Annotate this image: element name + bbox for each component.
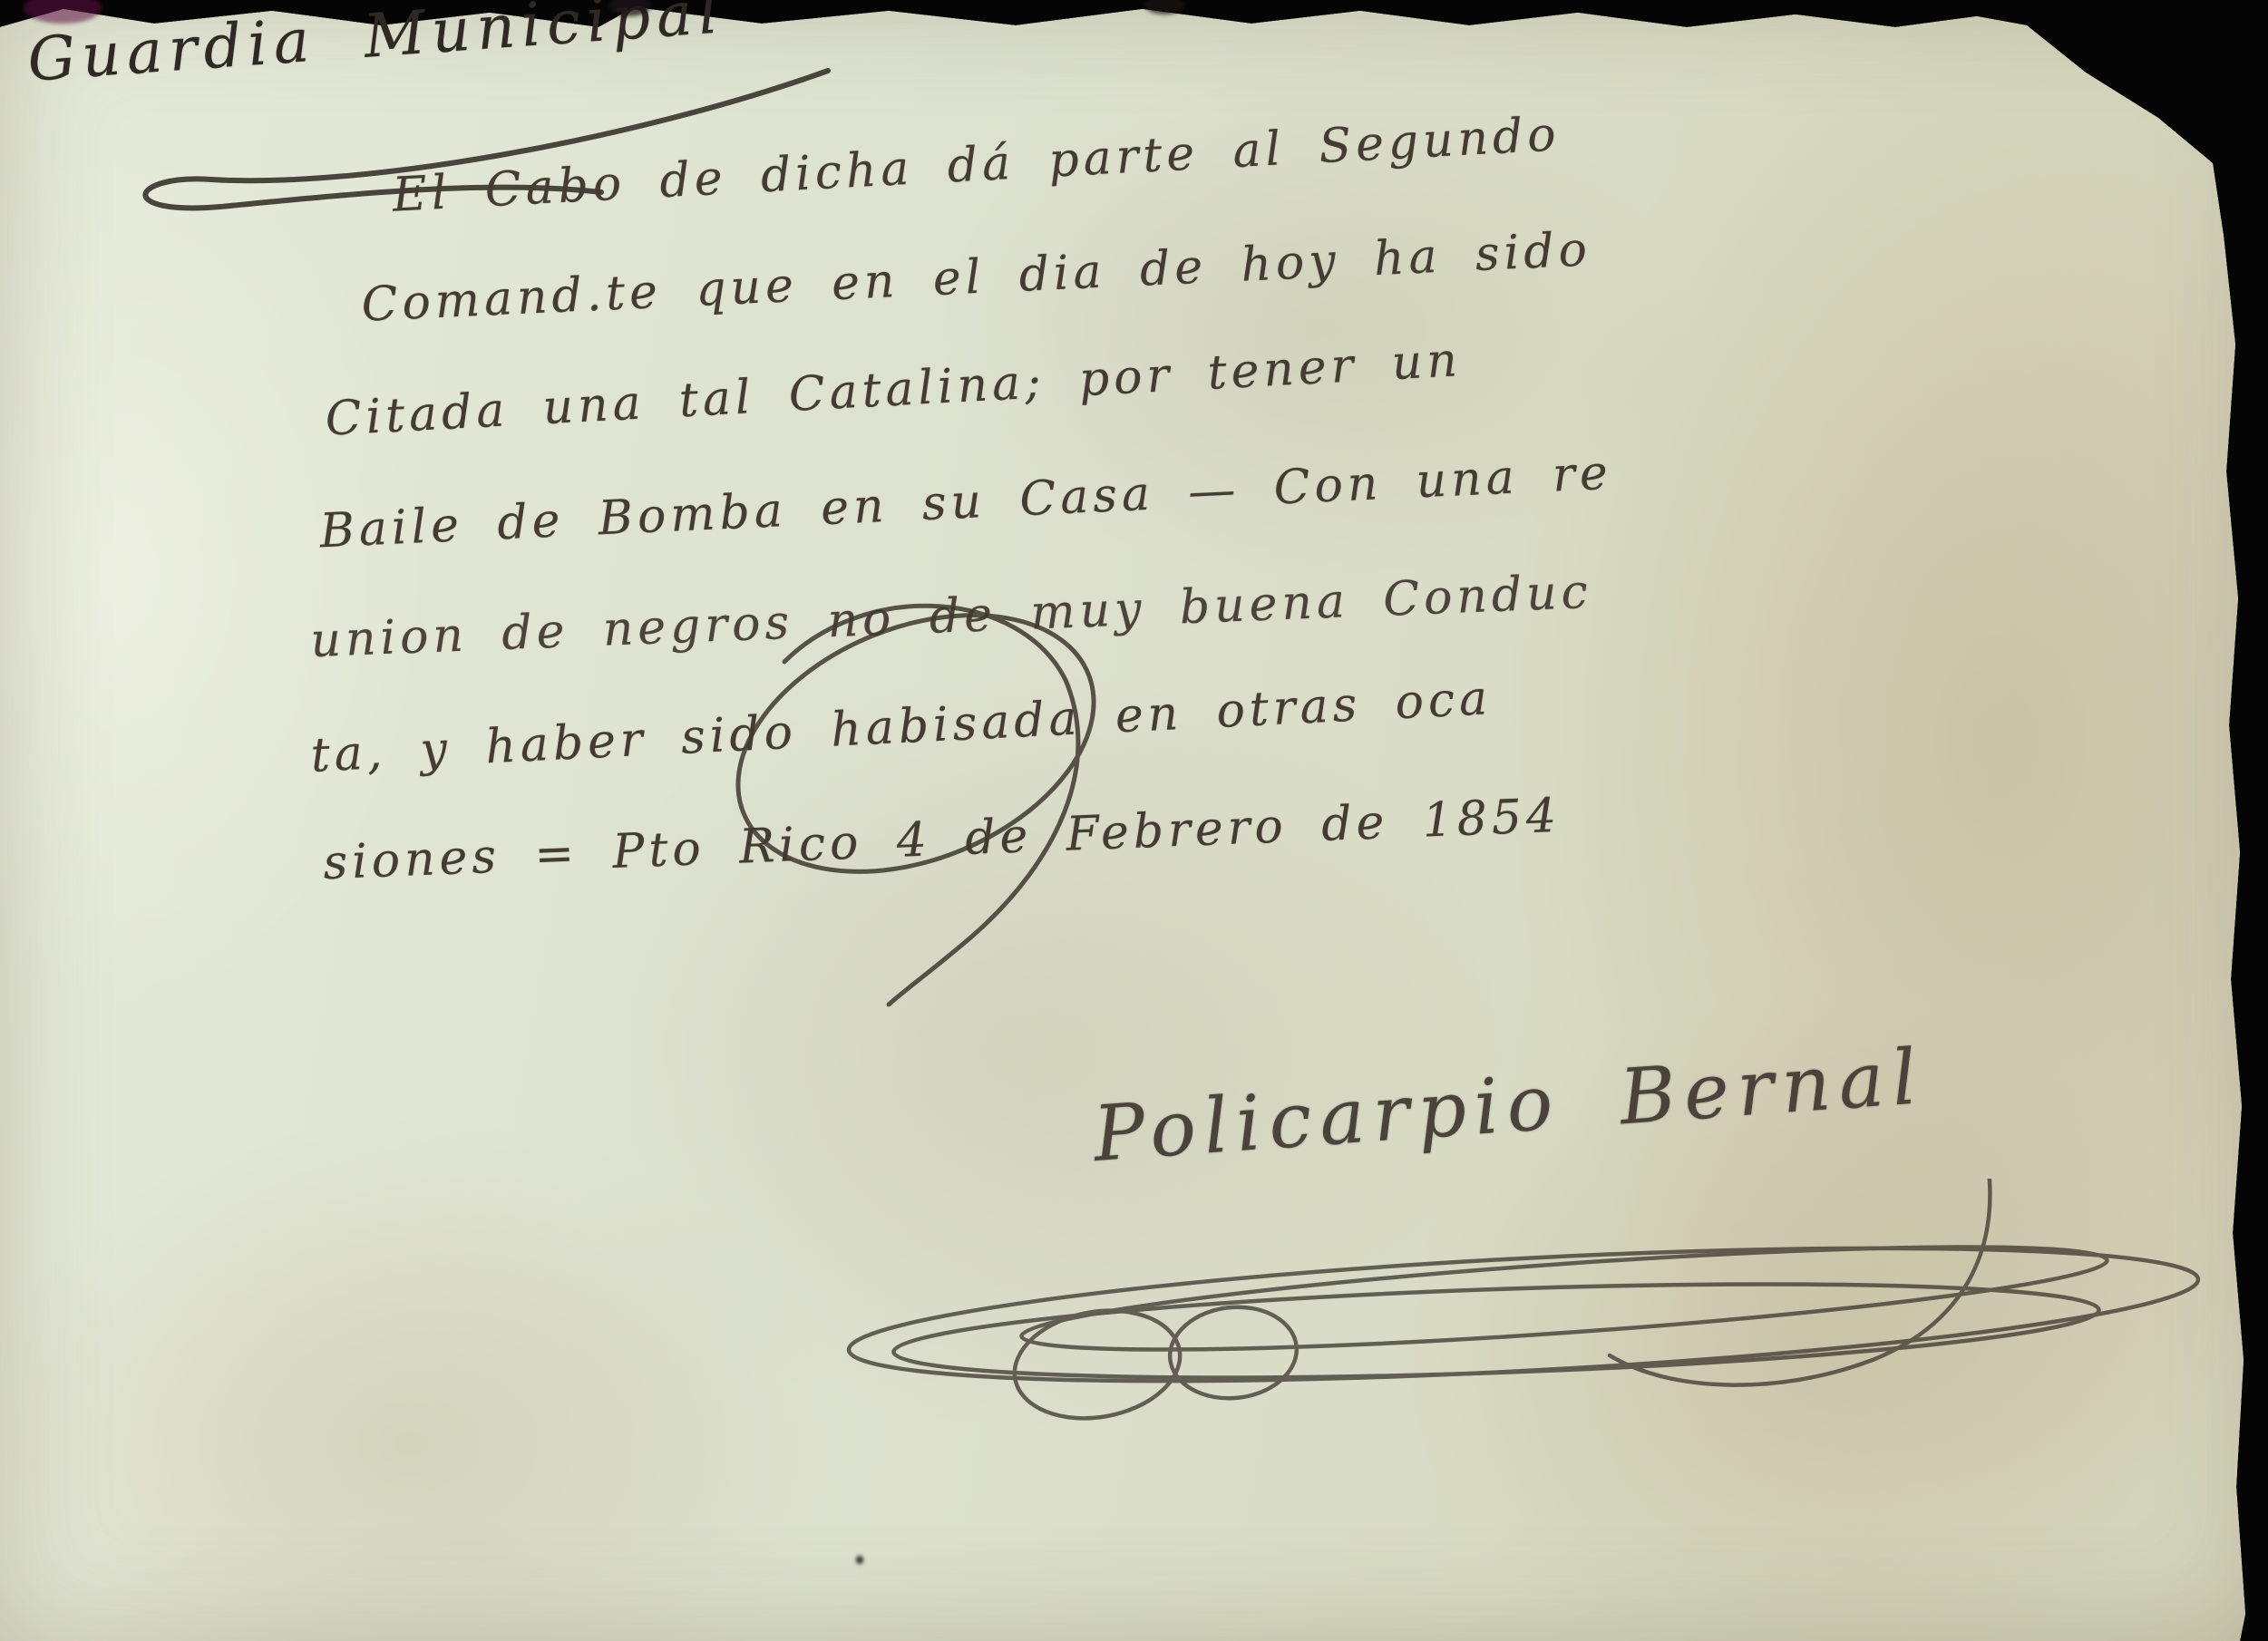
ink-speck — [856, 1556, 863, 1564]
scanned-document-photo: Guardia Municipal El Cabo de dicha dá pa… — [0, 0, 2268, 1641]
